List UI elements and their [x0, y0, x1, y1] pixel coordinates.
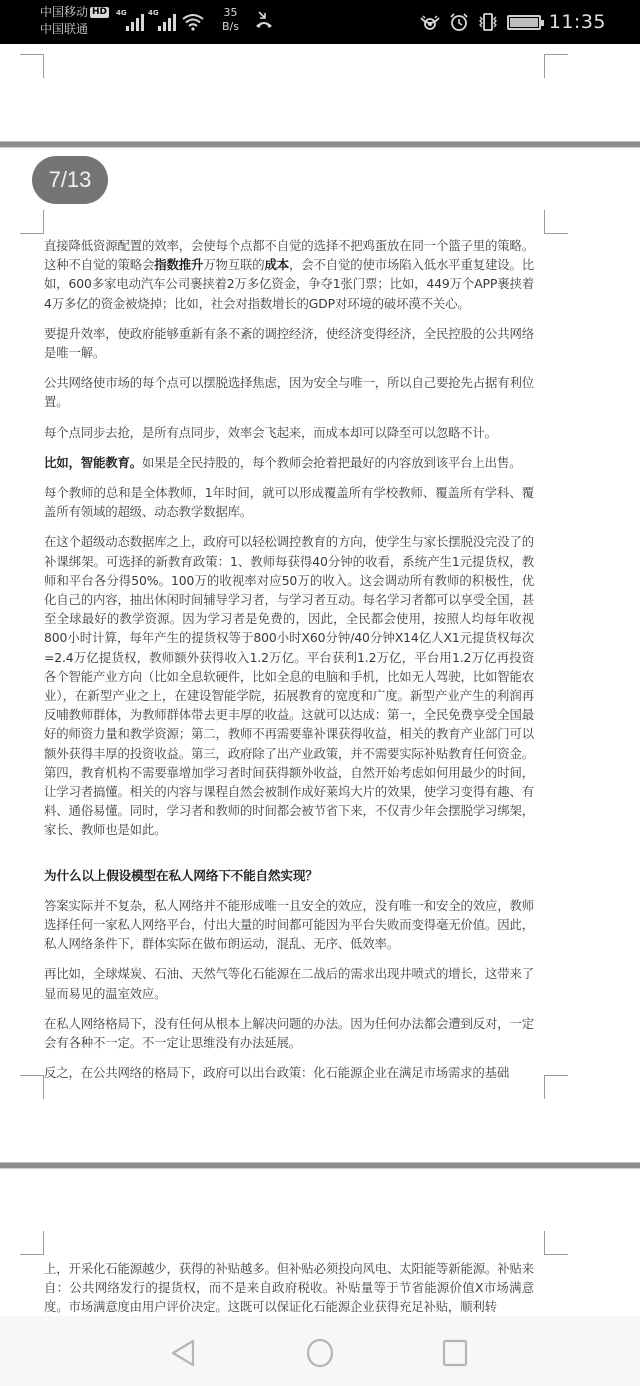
back-triangle-icon[interactable]	[168, 1338, 198, 1368]
bold-text-run: 成本	[265, 257, 290, 272]
wifi-icon	[182, 13, 204, 31]
paragraph: 反之，在公共网络的格局下，政府可以出台政策：化石能源企业在满足市场需求的基础	[44, 1063, 534, 1082]
speed-value: 35	[222, 6, 239, 20]
status-bar: 中国移动HD 中国联通 4G 4G 35 B/s	[0, 0, 640, 44]
paragraph: 每个点同步去抢，是所有点同步，效率会飞起来，而成本却可以降至可以忽略不计。	[44, 423, 534, 442]
text-run: 万物互联的	[203, 257, 264, 272]
page-separator	[0, 141, 640, 148]
text-run: 每个教师的总和是全体教师，1年时间，就可以形成覆盖所有学校教师、覆盖所有学科、覆…	[44, 485, 534, 519]
text-run: 反之，在公共网络的格局下，政府可以出台政策：化石能源企业在满足市场需求的基础	[44, 1065, 509, 1080]
signal-icon: 4G	[150, 11, 176, 31]
paragraph: 公共网络使市场的每个点可以摆脱选择焦虑，因为安全与唯一，所以自己要抢先占据有利位…	[44, 373, 534, 411]
paragraph: 每个教师的总和是全体教师，1年时间，就可以形成覆盖所有学校教师、覆盖所有学科、覆…	[44, 483, 534, 521]
carrier-primary: 中国移动	[40, 5, 88, 19]
crop-mark	[20, 1231, 44, 1255]
text-run: 上，开采化石能源越少，获得的补贴越多。但补贴必须投向风电、太阳能等新能源。补贴来…	[44, 1261, 534, 1314]
missed-call-icon	[254, 10, 274, 30]
network-speed: 35 B/s	[222, 6, 239, 34]
network-type-label: 4G	[116, 9, 127, 17]
crop-mark	[20, 210, 44, 234]
text-run: 再比如，全球煤炭、石油、天然气等化石能源在二战后的需求出现井喷式的增长，这带来了…	[44, 966, 534, 1000]
text-run: 在这个超级动态数据库之上，政府可以轻松调控教育的方向，使学生与家长摆脱没完没了的…	[44, 534, 534, 837]
carrier-info: 中国移动HD 中国联通	[40, 4, 109, 38]
alarm-icon	[449, 12, 469, 32]
paragraph: 直接降低资源配置的效率，会使每个点都不自觉的选择不把鸡蛋放在同一个篮子里的策略。…	[44, 236, 534, 313]
crop-mark	[544, 1231, 568, 1255]
status-right: 11:35	[419, 10, 606, 34]
text-run: 公共网络使市场的每个点可以摆脱选择焦虑，因为安全与唯一，所以自己要抢先占据有利位…	[44, 375, 534, 409]
signal-icon: 4G	[118, 11, 144, 31]
clock: 11:35	[549, 11, 606, 33]
section-heading: 为什么以上假设模型在私人网络下不能自然实现？	[44, 866, 534, 885]
carrier-secondary: 中国联通	[40, 21, 109, 38]
crop-mark	[544, 1075, 568, 1099]
bold-text-run: 指数推升	[154, 257, 203, 272]
bold-text-run: 比如，智能教育。	[44, 455, 142, 470]
text-run: 在私人网络格局下，没有任何从根本上解决问题的办法。因为任何办法都会遭到反对，一定…	[44, 1016, 534, 1050]
paragraph: 在私人网络格局下，没有任何从根本上解决问题的办法。因为任何办法都会遭到反对，一定…	[44, 1014, 534, 1052]
navigation-bar	[0, 1316, 640, 1386]
text-run: 答案实际并不复杂，私人网络并不能形成唯一且安全的效应，没有唯一和安全的效应，教师…	[44, 898, 534, 951]
home-circle-icon[interactable]	[305, 1338, 335, 1368]
speed-unit: B/s	[222, 20, 239, 34]
paragraph: 要提升效率，使政府能够重新有条不紊的调控经济，使经济变得经济，全民控股的公共网络…	[44, 324, 534, 362]
paragraph: 上，开采化石能源越少，获得的补贴越多。但补贴必须投向风电、太阳能等新能源。补贴来…	[44, 1259, 534, 1317]
paragraph: 再比如，全球煤炭、石油、天然气等化石能源在二战后的需求出现井喷式的增长，这带来了…	[44, 964, 534, 1002]
vibrate-icon	[477, 12, 499, 32]
crop-mark	[544, 54, 568, 78]
paragraph: 在这个超级动态数据库之上，政府可以轻松调控教育的方向，使学生与家长摆脱没完没了的…	[44, 532, 534, 839]
battery-icon	[507, 15, 541, 30]
text-run: 要提升效率，使政府能够重新有条不紊的调控经济，使经济变得经济，全民控股的公共网络…	[44, 326, 534, 360]
hd-voice-badge: HD	[90, 7, 109, 18]
recents-square-icon[interactable]	[440, 1338, 470, 1368]
eye-comfort-icon	[419, 13, 441, 31]
document-page: 直接降低资源配置的效率，会使每个点都不自觉的选择不把鸡蛋放在同一个篮子里的策略。…	[44, 236, 534, 1093]
paragraph: 答案实际并不复杂，私人网络并不能形成唯一且安全的效应，没有唯一和安全的效应，教师…	[44, 896, 534, 954]
text-run: 每个点同步去抢，是所有点同步，效率会飞起来，而成本却可以降至可以忽略不计。	[44, 425, 497, 440]
crop-mark	[20, 54, 44, 78]
text-run: 如果是全民持股的，每个教师会抢着把最好的内容放到该平台上出售。	[142, 455, 521, 470]
page-indicator: 7/13	[32, 156, 108, 204]
page-separator	[0, 1162, 640, 1169]
paragraph: 比如，智能教育。如果是全民持股的，每个教师会抢着把最好的内容放到该平台上出售。	[44, 453, 534, 472]
network-type-label: 4G	[148, 9, 159, 17]
crop-mark	[544, 210, 568, 234]
crop-mark	[20, 1075, 44, 1099]
signal-group: 4G 4G	[118, 9, 204, 31]
